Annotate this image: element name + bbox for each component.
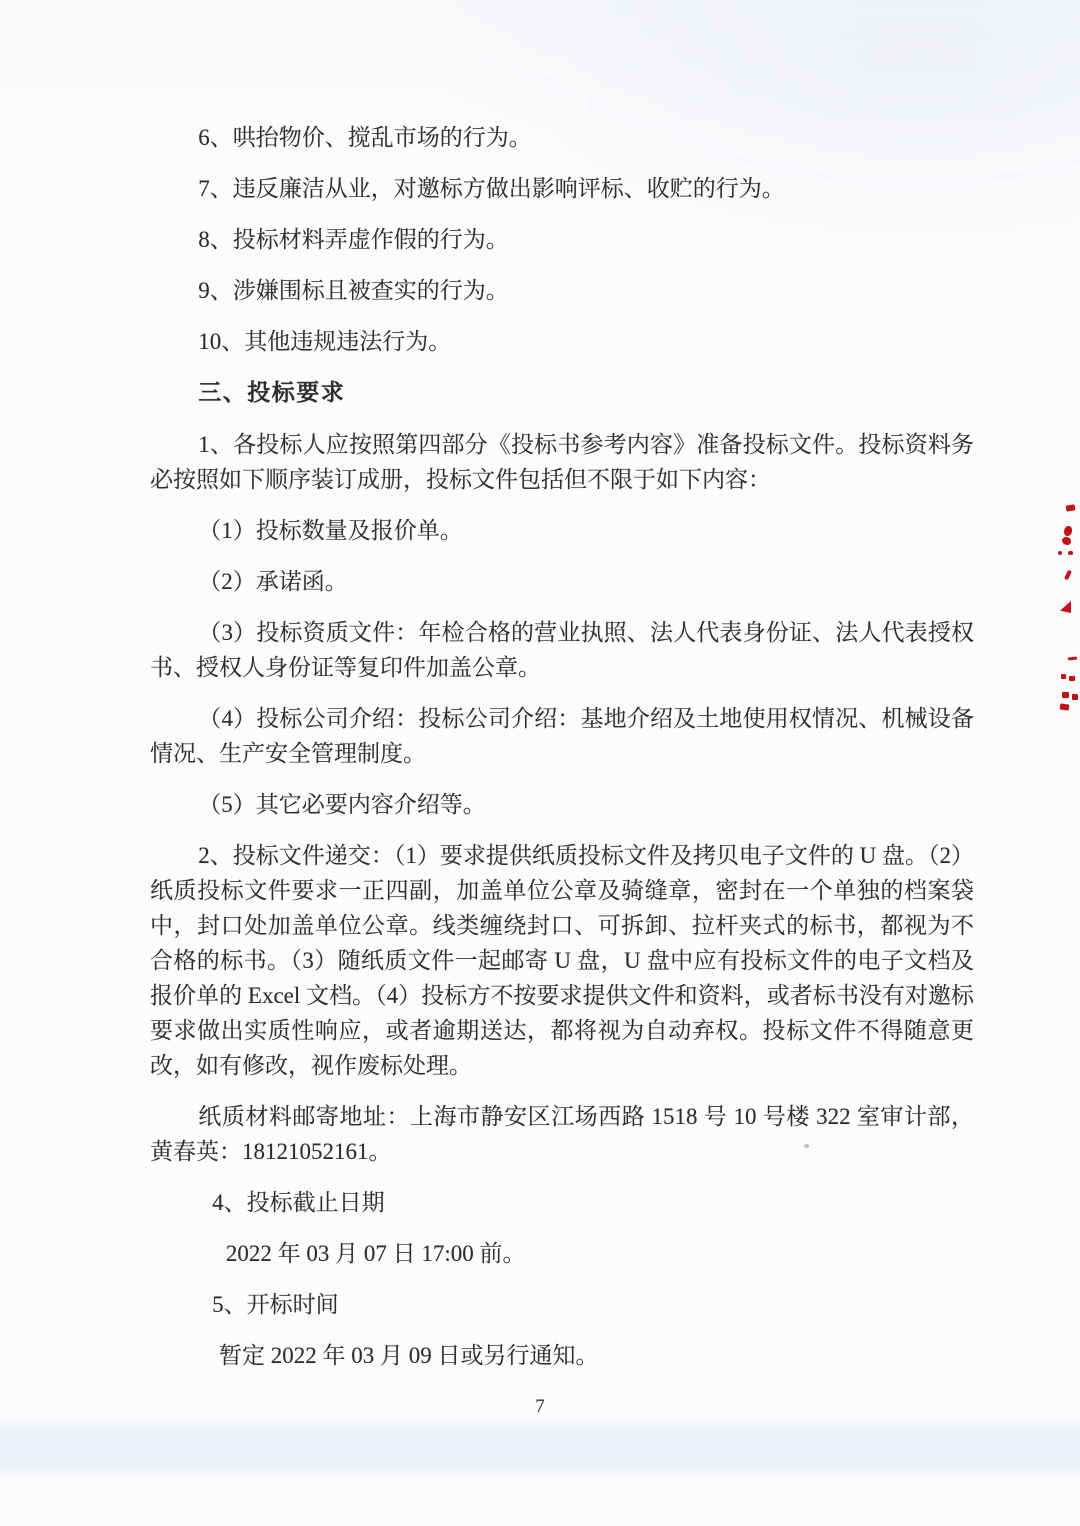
sub-item-5-other-content: （5）其它必要内容介绍等。 (150, 787, 974, 822)
seal-fragment (1061, 674, 1066, 679)
page-number: 7 (0, 1396, 1080, 1418)
opening-date: 暂定 2022 年 03 月 09 日或另行通知。 (150, 1338, 974, 1373)
list-item-7: 7、违反廉洁从业，对邀标方做出影响评标、收贮的行为。 (150, 171, 974, 206)
item-4-deadline-heading: 4、投标截止日期 (150, 1185, 974, 1220)
seal-fragment (1066, 504, 1076, 511)
sub-item-2-commitment: （2）承诺函。 (150, 564, 974, 599)
seal-fragment (1068, 657, 1077, 661)
document-page: 6、哄抬物价、搅乱市场的行为。 7、违反廉洁从业，对邀标方做出影响评标、收贮的行… (0, 0, 1080, 1526)
paragraph-submission-rules: 2、投标文件递交：（1）要求提供纸质投标文件及拷贝电子文件的 U 盘。（2）纸质… (150, 838, 974, 1083)
seal-fragment (1060, 703, 1070, 710)
seal-fragment (1058, 551, 1062, 555)
sub-item-3-qualification: （3）投标资质文件：年检合格的营业执照、法人代表身份证、法人代表授权书、授权人身… (150, 615, 974, 685)
paragraph-mailing-address: 纸质材料邮寄地址：上海市静安区江场西路 1518 号 10 号楼 322 室审计… (150, 1099, 974, 1169)
scan-speck (804, 1144, 809, 1148)
seal-fragment (1062, 692, 1069, 698)
seal-fragment (1069, 676, 1075, 681)
list-item-6: 6、哄抬物价、搅乱市场的行为。 (150, 120, 974, 155)
item-5-opening-heading: 5、开标时间 (150, 1287, 974, 1322)
list-item-8: 8、投标材料弄虚作假的行为。 (150, 222, 974, 257)
sub-item-1-quantity-quote: （1）投标数量及报价单。 (150, 513, 974, 548)
seal-fragment (1060, 601, 1071, 613)
section-heading-bid-requirements: 三、投标要求 (150, 375, 974, 410)
document-body: 6、哄抬物价、搅乱市场的行为。 7、违反廉洁从业，对邀标方做出影响评标、收贮的行… (150, 120, 974, 1389)
seal-fragment (1064, 570, 1072, 581)
sub-item-4-company-intro: （4）投标公司介绍：投标公司介绍：基地介绍及土地使用权情况、机械设备情况、生产安… (150, 701, 974, 771)
list-item-10: 10、其他违规违法行为。 (150, 324, 974, 359)
scan-shading-bottom (0, 1414, 1080, 1482)
deadline-date: 2022 年 03 月 07 日 17:00 前。 (150, 1236, 974, 1271)
seal-fragment (1072, 694, 1078, 700)
seal-fragment (1064, 526, 1072, 536)
seal-fragment (1062, 537, 1071, 545)
seal-fragment (1068, 551, 1073, 555)
list-item-9: 9、涉嫌围标且被查实的行为。 (150, 273, 974, 308)
paragraph-bid-documents: 1、各投标人应按照第四部分《投标书参考内容》准备投标文件。投标资料务必按照如下顺… (150, 427, 974, 497)
